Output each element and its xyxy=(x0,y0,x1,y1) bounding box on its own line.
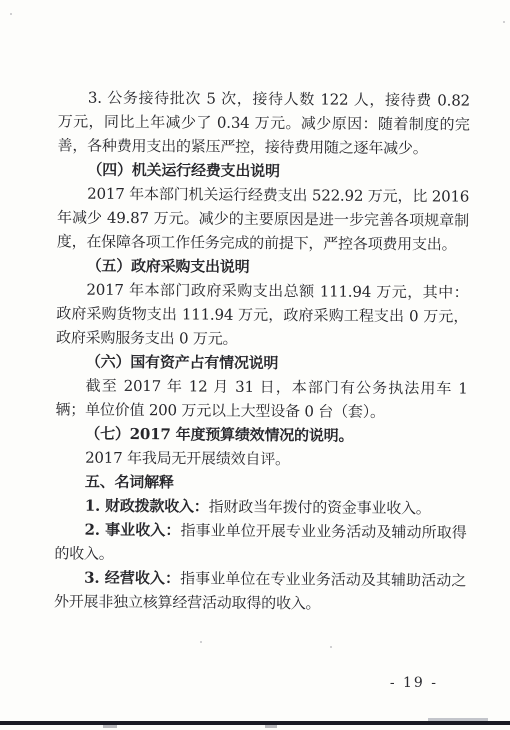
scan-smudge xyxy=(265,725,277,728)
scan-speck xyxy=(330,646,332,648)
page-number: - 19 - xyxy=(390,674,438,692)
scan-smudge xyxy=(103,725,117,728)
subsection-heading-5: （五）政府采购支出说明 xyxy=(57,253,469,280)
term-name: 1. 财政拨款收入： xyxy=(85,497,209,516)
scan-edge-shadow xyxy=(428,718,488,721)
scan-speck xyxy=(167,598,169,600)
term-text: 指财政当年拨付的资金事业收入。 xyxy=(209,498,431,518)
section-heading-glossary: 五、名词解释 xyxy=(55,469,467,496)
term-name: 2. 事业收入： xyxy=(84,521,180,540)
scan-speck xyxy=(503,21,505,23)
paragraph-reception-expense: 3. 公务接待批次 5 次，接待人数 122 人，接待费 0.82 万元，同比上… xyxy=(57,85,470,160)
subsection-heading-4: （四）机关运行经费支出说明 xyxy=(57,157,469,184)
scan-speck xyxy=(10,13,12,15)
scan-edge-band xyxy=(0,721,510,725)
term-definition-operating-income: 3. 经营收入：指事业单位在专业业务活动及其辅助活动之外开展非独立核算经营活动取… xyxy=(54,565,466,616)
subsection-heading-7: （七）2017 年度预算绩效情况的说明。 xyxy=(55,421,467,448)
paragraph-performance-eval: 2017 年我局无开展绩效自评。 xyxy=(55,445,467,472)
document-content: 3. 公务接待批次 5 次，接待人数 122 人，接待费 0.82 万元，同比上… xyxy=(54,85,470,616)
scan-speck xyxy=(200,641,202,643)
paragraph-operating-expense: 2017 年本部门机关运行经费支出 522.92 万元，比 2016 年减少 4… xyxy=(57,181,470,256)
subsection-heading-6: （六）国有资产占有情况说明 xyxy=(56,349,468,376)
term-definition-fiscal-appropriation: 1. 财政拨款收入：指财政当年拨付的资金事业收入。 xyxy=(55,493,467,520)
term-name: 3. 经营收入： xyxy=(84,569,180,588)
document-page: 3. 公务接待批次 5 次，接待人数 122 人，接待费 0.82 万元，同比上… xyxy=(0,0,510,730)
paragraph-procurement-expense: 2017 年本部门政府采购支出总额 111.94 万元，其中：政府采购货物支出 … xyxy=(56,277,469,352)
term-definition-institutional-income: 2. 事业收入：指事业单位开展专业业务活动及辅动所取得的收入。 xyxy=(54,517,466,568)
paragraph-state-assets: 截至 2017 年 12 月 31 日，本部门有公务执法用车 1 辆；单位价值 … xyxy=(55,373,467,424)
